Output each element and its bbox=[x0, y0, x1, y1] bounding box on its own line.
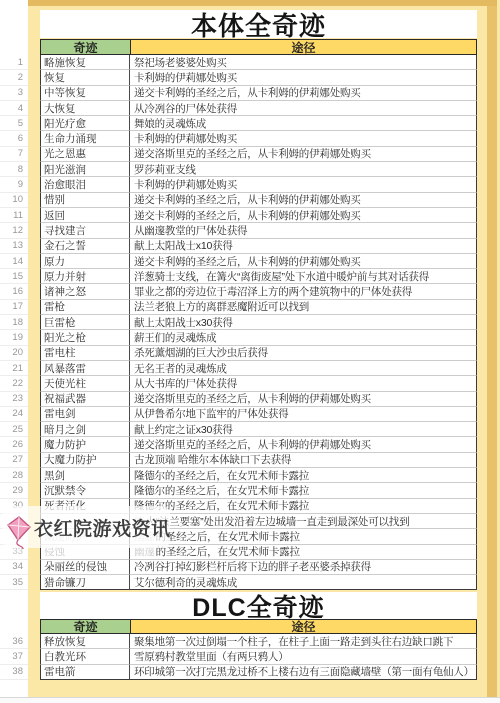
row-number: 6 bbox=[0, 131, 28, 146]
miracle-name-cell: 魔力防护 bbox=[40, 437, 130, 452]
route-cell: 罪业之都的旁边位于毒沼泽上方的两个建筑物中的尸体处获得 bbox=[130, 284, 477, 299]
table-row: 3中等恢复递交卡利姆的圣经之后，从卡利姆的伊莉娜处购买 bbox=[0, 86, 477, 101]
watermark: 衣红院游戏资讯 bbox=[2, 505, 172, 548]
route-text: 递交洛斯里克的圣经之后，从卡利姆的伊莉娜处购买 bbox=[134, 147, 371, 162]
route-text: 从伊鲁希尔地下监牢的尸体处获得 bbox=[134, 407, 289, 422]
gutter-strip bbox=[28, 208, 40, 223]
route-cell: 隆德尔的圣经之后，在女咒术师卡露拉 bbox=[130, 483, 477, 498]
row-number: 25 bbox=[0, 422, 28, 437]
row-number: 23 bbox=[0, 392, 28, 407]
miracle-name-cell: 生命力涌现 bbox=[40, 131, 130, 146]
table-row: 18巨雷枪献上太阳战士x30获得 bbox=[0, 315, 477, 330]
row-number: 16 bbox=[0, 284, 28, 299]
route-cell: 递交洛斯里克的圣经之后，从卡利姆的伊莉娜处购买 bbox=[130, 392, 477, 407]
route-cell: 从伊鲁希尔地下监牢的尸体处获得 bbox=[130, 407, 477, 422]
miracle-name-cell: 大恢复 bbox=[40, 101, 130, 116]
table-row: 6生命力涌现卡利姆的伊莉娜处购买 bbox=[0, 131, 477, 146]
table-row: 8阳光滋润罗莎莉亚支线 bbox=[0, 162, 477, 177]
row-number: 38 bbox=[0, 665, 28, 680]
miracle-name-cell: 雷电柱 bbox=[40, 346, 130, 361]
gutter-strip bbox=[28, 376, 40, 391]
gutter-strip bbox=[28, 269, 40, 284]
miracle-name-cell: 朵丽丝的侵蚀 bbox=[40, 560, 130, 575]
table-row: 37白教光环雪原鸦村教堂里面（有两只鸦人） bbox=[0, 649, 477, 664]
row-number: 19 bbox=[0, 330, 28, 345]
route-cell: 法兰老狼上方的离群恶魔附近可以找到 bbox=[130, 300, 477, 315]
table-row: 24雷电剑从伊鲁希尔地下监牢的尸体处获得 bbox=[0, 407, 477, 422]
gutter-strip bbox=[28, 86, 40, 101]
header-pad bbox=[0, 619, 40, 634]
row-number: 24 bbox=[0, 407, 28, 422]
route-text: 从幽邃教堂的尸体处获得 bbox=[134, 223, 247, 238]
miracle-name-cell: 白教光环 bbox=[40, 649, 130, 664]
route-text: 献上太阳战士x10获得 bbox=[134, 239, 233, 254]
section-title-main: 本体全奇迹 bbox=[40, 10, 477, 38]
row-number: 28 bbox=[0, 468, 28, 483]
gutter-strip bbox=[28, 634, 40, 649]
row-number: 10 bbox=[0, 193, 28, 208]
gutter-strip bbox=[28, 55, 40, 70]
gutter-strip bbox=[28, 392, 40, 407]
table-row: 34朵丽丝的侵蚀冷冽谷打掉幻影栏杆后将下边的胖子老巫婆杀掉获得 bbox=[0, 560, 477, 575]
miracle-name-cell: 大魔力防护 bbox=[40, 453, 130, 468]
gutter-strip bbox=[28, 422, 40, 437]
route-text: 递交洛斯里克的圣经之后，从卡利姆的伊莉娜处购买 bbox=[134, 437, 371, 452]
route-text: 卡利姆的伊莉娜处购买 bbox=[134, 70, 237, 85]
table-row: 23祝福武器递交洛斯里克的圣经之后，从卡利姆的伊莉娜处购买 bbox=[0, 392, 477, 407]
row-number: 37 bbox=[0, 649, 28, 664]
table-row: 5阳光疗愈舞娘的灵魂炼成 bbox=[0, 116, 477, 131]
gutter-strip bbox=[28, 649, 40, 664]
route-text: 隆德尔的圣经之后，在女咒术师卡露拉 bbox=[134, 468, 309, 483]
table-row: 12寻找建言从幽邃教堂的尸体处获得 bbox=[0, 223, 477, 238]
table-row: 19阳光之枪薪王们的灵魂炼成 bbox=[0, 330, 477, 345]
route-cell: 献上约定之证x30获得 bbox=[130, 422, 477, 437]
route-text: 从冷冽谷的尸体处获得 bbox=[134, 101, 237, 116]
column-header-miracle: 奇迹 bbox=[40, 39, 130, 55]
gutter-strip bbox=[28, 453, 40, 468]
gutter-strip bbox=[28, 70, 40, 85]
row-number: 14 bbox=[0, 254, 28, 269]
gutter-strip bbox=[28, 193, 40, 208]
route-text: 献上太阳战士x30获得 bbox=[134, 315, 233, 330]
route-cell: 从冷冽谷的尸体处获得 bbox=[130, 101, 477, 116]
table-row: 22天使光柱从大书库的尸体处获得 bbox=[0, 376, 477, 391]
route-text: 法兰老狼上方的离群恶魔附近可以找到 bbox=[134, 300, 309, 315]
gutter-strip bbox=[28, 131, 40, 146]
gutter-strip bbox=[28, 101, 40, 116]
route-cell: 幽邃的圣经之后，在女咒术师卡露拉 bbox=[130, 529, 477, 544]
row-number: 4 bbox=[0, 101, 28, 116]
route-text: 卡利姆的伊莉娜处购买 bbox=[134, 177, 237, 192]
route-cell: 舞娘的灵魂炼成 bbox=[130, 116, 477, 131]
miracle-name-cell: 暗月之剑 bbox=[40, 422, 130, 437]
row-number: 17 bbox=[0, 300, 28, 315]
route-cell: 递交洛斯里克的圣经之后，从卡利姆的伊莉娜处购买 bbox=[130, 147, 477, 162]
column-header-route: 途径 bbox=[130, 39, 477, 55]
row-number: 3 bbox=[0, 86, 28, 101]
column-header-route: 途径 bbox=[130, 619, 477, 634]
route-cell: 从大书库的尸体处获得 bbox=[130, 376, 477, 391]
route-cell: 薪王们的灵魂炼成 bbox=[130, 330, 477, 345]
route-cell: 献上太阳战士x30获得 bbox=[130, 315, 477, 330]
route-text: 递交卡利姆的圣经之后，从卡利姆的伊莉娜处购买 bbox=[134, 86, 361, 101]
route-text: 罪业之都的旁边位于毒沼泽上方的两个建筑物中的尸体处获得 bbox=[134, 284, 412, 299]
row-number: 12 bbox=[0, 223, 28, 238]
table-row: 4大恢复从冷冽谷的尸体处获得 bbox=[0, 101, 477, 116]
table-header-main: 奇迹 途径 bbox=[0, 39, 477, 55]
route-text: 的圣经之后，在女咒术师卡露拉 bbox=[156, 529, 300, 544]
row-number: 7 bbox=[0, 147, 28, 162]
table-row: 9治愈眼泪卡利姆的伊莉娜处购买 bbox=[0, 177, 477, 192]
gutter-strip bbox=[28, 437, 40, 452]
table-row: 14原力递交卡利姆的圣经之后，从卡利姆的伊莉娜处购买 bbox=[0, 254, 477, 269]
route-text: 薪王们的灵魂炼成 bbox=[134, 330, 216, 345]
route-text: 的圣经之后，在女咒术师卡露拉 bbox=[156, 545, 300, 560]
route-text: 递交卡利姆的圣经之后，从卡利姆的伊莉娜处购买 bbox=[134, 208, 361, 223]
route-cell: 雪原鸦村教堂里面（有两只鸦人） bbox=[130, 649, 477, 664]
gutter-strip bbox=[28, 239, 40, 254]
route-cell: 隆德尔的圣经之后，在女咒术师卡露拉 bbox=[130, 468, 477, 483]
route-text: 献上约定之证x30获得 bbox=[134, 422, 233, 437]
route-text: 隆德尔的圣经之后，在女咒术师卡露拉 bbox=[134, 483, 309, 498]
miracle-name-cell: 猎命镰刀 bbox=[40, 575, 130, 590]
gutter-strip bbox=[28, 361, 40, 376]
gutter-strip bbox=[28, 346, 40, 361]
route-cell: 冷冽谷打掉幻影栏杆后将下边的胖子老巫婆杀掉获得 bbox=[130, 560, 477, 575]
miracle-name-cell: 光之恩惠 bbox=[40, 147, 130, 162]
route-text: 冷冽谷打掉幻影栏杆后将下边的胖子老巫婆杀掉获得 bbox=[134, 560, 371, 575]
miracle-name-cell: 雷电剑 bbox=[40, 407, 130, 422]
right-frame-strip bbox=[487, 0, 497, 697]
row-number: 36 bbox=[0, 634, 28, 649]
miracle-name-cell: 天使光柱 bbox=[40, 376, 130, 391]
gutter-strip bbox=[28, 254, 40, 269]
route-text: 祭祀场老婆婆处购买 bbox=[134, 55, 227, 70]
miracle-name-cell: 雷电箭 bbox=[40, 665, 130, 680]
miracle-name-cell: 诸神之怒 bbox=[40, 284, 130, 299]
route-cell: 古龙顶端 哈维尔本体缺口下去获得 bbox=[130, 453, 477, 468]
route-text: 递交卡利姆的圣经之后，从卡利姆的伊莉娜处购买 bbox=[134, 193, 361, 208]
row-number: 2 bbox=[0, 70, 28, 85]
miracle-name-cell: 祝福武器 bbox=[40, 392, 130, 407]
route-cell: 篝火“法兰要塞”处出发沿着左边城墙一直走到最深处可以找到 bbox=[130, 514, 477, 529]
miracle-name-cell: 阳光滋润 bbox=[40, 162, 130, 177]
table-row: 28黑剑隆德尔的圣经之后，在女咒术师卡露拉 bbox=[0, 468, 477, 483]
route-cell: 无名王者的灵魂炼成 bbox=[130, 361, 477, 376]
route-text: 杀死薰烟湖的巨大沙虫后获得 bbox=[134, 346, 268, 361]
route-text: 无名王者的灵魂炼成 bbox=[134, 361, 227, 376]
route-cell: 幽邃的圣经之后，在女咒术师卡露拉 bbox=[130, 545, 477, 560]
table-row: 27大魔力防护古龙顶端 哈维尔本体缺口下去获得 bbox=[0, 453, 477, 468]
gutter-strip bbox=[28, 560, 40, 575]
miracle-name-cell: 阳光之枪 bbox=[40, 330, 130, 345]
row-number: 21 bbox=[0, 361, 28, 376]
section-title-dlc: DLC全奇迹 bbox=[40, 592, 477, 619]
gutter-strip bbox=[28, 147, 40, 162]
miracle-name-cell: 惜别 bbox=[40, 193, 130, 208]
gutter-strip bbox=[28, 284, 40, 299]
route-cell: 递交卡利姆的圣经之后，从卡利姆的伊莉娜处购买 bbox=[130, 193, 477, 208]
row-number: 5 bbox=[0, 116, 28, 131]
header-pad bbox=[0, 39, 40, 55]
gutter-strip bbox=[28, 407, 40, 422]
route-cell: 递交卡利姆的圣经之后，从卡利姆的伊莉娜处购买 bbox=[130, 254, 477, 269]
table-row: 21风暴落雷无名王者的灵魂炼成 bbox=[0, 361, 477, 376]
watermark-text: 衣红院游戏资讯 bbox=[34, 514, 171, 541]
table-row: 38雷电箭环印城第一次打完黑龙过桥不上楼右边有三面隐藏墙壁（第一面有龟仙人） bbox=[0, 665, 477, 680]
row-number: 34 bbox=[0, 560, 28, 575]
row-number: 29 bbox=[0, 483, 28, 498]
miracle-name-cell: 阳光疗愈 bbox=[40, 116, 130, 131]
gutter-strip bbox=[28, 330, 40, 345]
miracle-name-cell: 中等恢复 bbox=[40, 86, 130, 101]
route-cell: 祭祀场老婆婆处购买 bbox=[130, 55, 477, 70]
route-cell: 杀死薰烟湖的巨大沙虫后获得 bbox=[130, 346, 477, 361]
gutter-strip bbox=[28, 468, 40, 483]
table-row: 26魔力防护递交洛斯里克的圣经之后，从卡利姆的伊莉娜处购买 bbox=[0, 437, 477, 452]
route-cell: 递交卡利姆的圣经之后，从卡利姆的伊莉娜处购买 bbox=[130, 208, 477, 223]
miracle-name-cell: 恢复 bbox=[40, 70, 130, 85]
route-cell: 从幽邃教堂的尸体处获得 bbox=[130, 223, 477, 238]
route-cell: 洋葱骑士支线，在篝火“离街废屋”处下水道中暖炉前与其对话获得 bbox=[130, 269, 477, 284]
table-row: 11返回递交卡利姆的圣经之后，从卡利姆的伊莉娜处购买 bbox=[0, 208, 477, 223]
gutter-strip bbox=[28, 575, 40, 590]
row-number: 8 bbox=[0, 162, 28, 177]
row-number: 26 bbox=[0, 437, 28, 452]
route-cell: 环印城第一次打完黑龙过桥不上楼右边有三面隐藏墙壁（第一面有龟仙人） bbox=[130, 665, 477, 680]
route-text: 火“法兰要塞”处出发沿着左边城墙一直走到最深处可以找到 bbox=[145, 514, 409, 529]
route-text: 舞娘的灵魂炼成 bbox=[134, 116, 206, 131]
table-row: 17雷枪法兰老狼上方的离群恶魔附近可以找到 bbox=[0, 300, 477, 315]
route-cell: 卡利姆的伊莉娜处购买 bbox=[130, 177, 477, 192]
miracle-name-cell: 寻找建言 bbox=[40, 223, 130, 238]
miracle-name-cell: 雷枪 bbox=[40, 300, 130, 315]
table-row: 25暗月之剑献上约定之证x30获得 bbox=[0, 422, 477, 437]
gutter-strip bbox=[28, 483, 40, 498]
miracle-name-cell: 释放恢复 bbox=[40, 634, 130, 649]
gutter-strip bbox=[28, 315, 40, 330]
route-text: 聚集地第一次过倒塌一个柱子，在柱子上面一路走到头往右边缺口跳下 bbox=[134, 634, 453, 649]
table-row: 13金石之誓献上太阳战士x10获得 bbox=[0, 239, 477, 254]
miracle-name-cell: 治愈眼泪 bbox=[40, 177, 130, 192]
table-row: 7光之恩惠递交洛斯里克的圣经之后，从卡利姆的伊莉娜处购买 bbox=[0, 147, 477, 162]
miracle-name-cell: 风暴落雷 bbox=[40, 361, 130, 376]
gutter-strip bbox=[28, 223, 40, 238]
route-text: 古龙顶端 哈维尔本体缺口下去获得 bbox=[134, 453, 291, 468]
gutter-strip bbox=[28, 162, 40, 177]
gutter-strip bbox=[28, 665, 40, 680]
row-number: 22 bbox=[0, 376, 28, 391]
row-number: 13 bbox=[0, 239, 28, 254]
column-header-miracle: 奇迹 bbox=[40, 619, 130, 634]
route-text: 罗莎莉亚支线 bbox=[134, 162, 196, 177]
route-cell: 献上太阳战士x10获得 bbox=[130, 239, 477, 254]
table-row: 2恢复卡利姆的伊莉娜处购买 bbox=[0, 70, 477, 85]
miracle-name-cell: 金石之誓 bbox=[40, 239, 130, 254]
bottom-edge bbox=[0, 697, 500, 703]
route-text: 递交洛斯里克的圣经之后，从卡利姆的伊莉娜处购买 bbox=[134, 392, 371, 407]
row-number: 9 bbox=[0, 177, 28, 192]
route-text: 洋葱骑士支线，在篝火“离街废屋”处下水道中暖炉前与其对话获得 bbox=[134, 269, 429, 284]
table-row: 1略施恢复祭祀场老婆婆处购买 bbox=[0, 55, 477, 70]
row-number: 1 bbox=[0, 55, 28, 70]
table-body-dlc: 36释放恢复聚集地第一次过倒塌一个柱子，在柱子上面一路走到头往右边缺口跳下37白… bbox=[0, 634, 477, 680]
table-row: 29沉默禁令隆德尔的圣经之后，在女咒术师卡露拉 bbox=[0, 483, 477, 498]
miracle-name-cell: 返回 bbox=[40, 208, 130, 223]
row-number: 11 bbox=[0, 208, 28, 223]
miracle-name-cell: 沉默禁令 bbox=[40, 483, 130, 498]
row-number: 27 bbox=[0, 453, 28, 468]
table-row: 36释放恢复聚集地第一次过倒塌一个柱子，在柱子上面一路走到头往右边缺口跳下 bbox=[0, 634, 477, 649]
route-cell: 聚集地第一次过倒塌一个柱子，在柱子上面一路走到头往右边缺口跳下 bbox=[130, 634, 477, 649]
miracle-name-cell: 巨雷枪 bbox=[40, 315, 130, 330]
route-text: 卡利姆的伊莉娜处购买 bbox=[134, 131, 237, 146]
row-number: 20 bbox=[0, 346, 28, 361]
row-number: 35 bbox=[0, 575, 28, 590]
table-row: 10惜别递交卡利姆的圣经之后，从卡利姆的伊莉娜处购买 bbox=[0, 193, 477, 208]
route-text: 雪原鸦村教堂里面（有两只鸦人） bbox=[134, 649, 289, 664]
miracle-name-cell: 原力并射 bbox=[40, 269, 130, 284]
gutter-strip bbox=[28, 116, 40, 131]
table-row: 20雷电柱杀死薰烟湖的巨大沙虫后获得 bbox=[0, 346, 477, 361]
gutter-strip bbox=[28, 300, 40, 315]
table-row: 15原力并射洋葱骑士支线，在篝火“离街废屋”处下水道中暖炉前与其对话获得 bbox=[0, 269, 477, 284]
route-cell: 卡利姆的伊莉娜处购买 bbox=[130, 131, 477, 146]
route-cell: 递交洛斯里克的圣经之后，从卡利姆的伊莉娜处购买 bbox=[130, 437, 477, 452]
route-cell: 卡利姆的伊莉娜处购买 bbox=[130, 70, 477, 85]
row-number: 18 bbox=[0, 315, 28, 330]
miracle-name-cell: 原力 bbox=[40, 254, 130, 269]
kite-icon bbox=[5, 515, 33, 554]
route-text: 从大书库的尸体处获得 bbox=[134, 376, 237, 391]
table-header-dlc: 奇迹 途径 bbox=[0, 619, 477, 634]
route-cell: 递交卡利姆的圣经之后，从卡利姆的伊莉娜处购买 bbox=[130, 86, 477, 101]
route-cell: 罗莎莉亚支线 bbox=[130, 162, 477, 177]
route-text: 递交卡利姆的圣经之后，从卡利姆的伊莉娜处购买 bbox=[134, 254, 361, 269]
table-row: 16诸神之怒罪业之都的旁边位于毒沼泽上方的两个建筑物中的尸体处获得 bbox=[0, 284, 477, 299]
gutter-strip bbox=[28, 177, 40, 192]
miracle-name-cell: 黑剑 bbox=[40, 468, 130, 483]
route-cell: 隆德尔的圣经之后，在女咒术师卡露拉 bbox=[130, 499, 477, 514]
route-text: 环印城第一次打完黑龙过桥不上楼右边有三面隐藏墙壁（第一面有龟仙人） bbox=[134, 665, 474, 680]
miracle-guide-page: 本体全奇迹 奇迹 途径 1略施恢复祭祀场老婆婆处购买2恢复卡利姆的伊莉娜处购买3… bbox=[0, 0, 500, 703]
miracle-name-cell: 略施恢复 bbox=[40, 55, 130, 70]
row-number: 15 bbox=[0, 269, 28, 284]
